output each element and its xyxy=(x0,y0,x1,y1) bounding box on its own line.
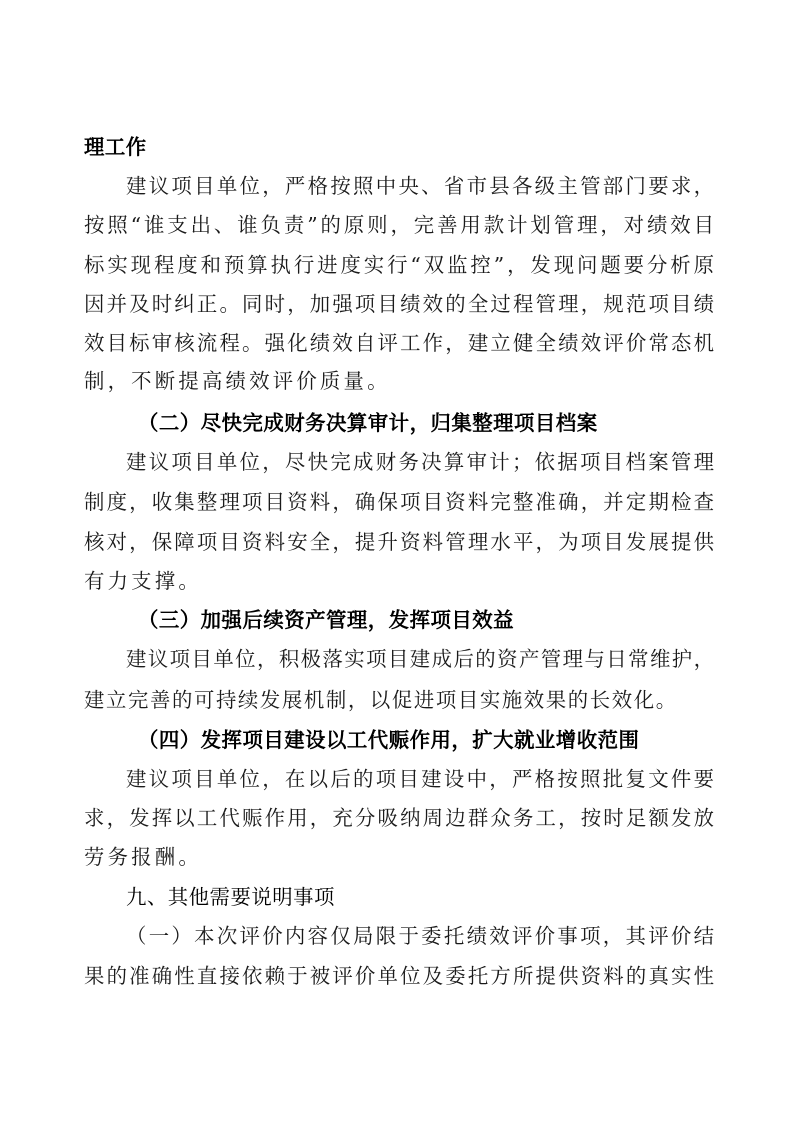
paragraph-line: 制度，收集整理项目资料，确保项目资料完整准确，并定期检查 xyxy=(84,489,714,515)
document-page: 理工作 建议项目单位，严格按照中央、省市县各级主管部门要求， 按照“谁支出、谁负… xyxy=(0,0,793,1122)
paragraph-line: 劳务报酬。 xyxy=(84,844,714,870)
paragraph-line: 按照“谁支出、谁负责”的原则，完善用款计划管理，对绩效目 xyxy=(84,212,714,238)
paragraph-line: 制，不断提高绩效评价质量。 xyxy=(84,368,714,394)
paragraph-line: 有力支撑。 xyxy=(84,568,714,594)
paragraph-line: 因并及时纠正。同时，加强项目绩效的全过程管理，规范项目绩 xyxy=(84,291,714,317)
paragraph-line: 建议项目单位，尽快完成财务决算审计；依据项目档案管理 xyxy=(126,449,714,475)
paragraph-line: 果的准确性直接依赖于被评价单位及委托方所提供资料的真实性 xyxy=(84,963,714,989)
paragraph-line: 效目标审核流程。强化绩效自评工作，建立健全绩效评价常态机 xyxy=(84,330,714,356)
section-heading-9: 九、其他需要说明事项 xyxy=(126,884,714,910)
paragraph-line: （一）本次评价内容仅局限于委托绩效评价事项，其评价结 xyxy=(126,923,714,949)
paragraph-line: 建立完善的可持续发展机制，以促进项目实施效果的长效化。 xyxy=(84,687,714,713)
paragraph-line: 标实现程度和预算执行进度实行“双监控”，发现问题要分析原 xyxy=(84,252,714,278)
section-heading-3: （三）加强后续资产管理，发挥项目效益 xyxy=(138,607,726,633)
section-heading-4: （四）发挥项目建设以工代赈作用，扩大就业增收范围 xyxy=(138,727,726,753)
continuation-heading: 理工作 xyxy=(84,134,714,160)
section-heading-2: （二）尽快完成财务决算审计，归集整理项目档案 xyxy=(138,410,726,436)
paragraph-line: 建议项目单位，严格按照中央、省市县各级主管部门要求， xyxy=(126,173,714,199)
paragraph-line: 建议项目单位，在以后的项目建设中，严格按照批复文件要 xyxy=(126,766,714,792)
paragraph-line: 核对，保障项目资料安全，提升资料管理水平，为项目发展提供 xyxy=(84,529,714,555)
paragraph-line: 求，发挥以工代赈作用，充分吸纳周边群众务工，按时足额发放 xyxy=(84,805,714,831)
paragraph-line: 建议项目单位，积极落实项目建成后的资产管理与日常维护， xyxy=(126,646,714,672)
